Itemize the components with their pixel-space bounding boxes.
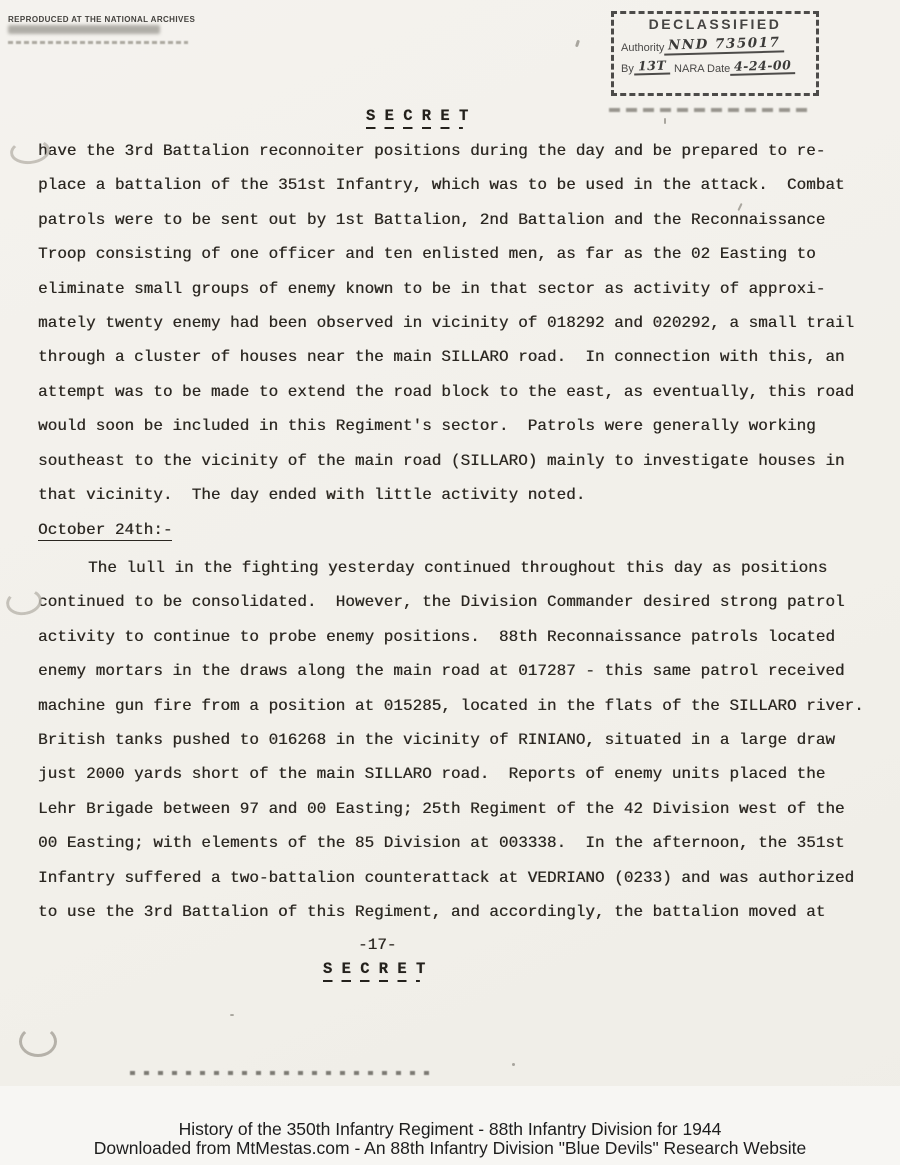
- scan-speck: [664, 118, 666, 124]
- authority-label: Authority: [621, 42, 664, 54]
- stamp-authority-row: Authority NND 735017: [621, 36, 809, 54]
- text-line: machine gun fire from a position at 0152…: [38, 689, 873, 723]
- text-line: Infantry suffered a two-battalion counte…: [38, 861, 873, 895]
- scan-speck: [512, 1063, 515, 1066]
- text-line: just 2000 yards short of the main SILLAR…: [38, 757, 873, 791]
- paragraph-1: have the 3rd Battalion reconnoiter posit…: [38, 134, 873, 512]
- scan-speck: [230, 1014, 234, 1016]
- text-line: that vicinity. The day ended with little…: [38, 478, 873, 512]
- text-line: mately twenty enemy had been observed in…: [38, 306, 873, 340]
- archives-note-text: REPRODUCED AT THE NATIONAL ARCHIVES: [8, 15, 195, 24]
- scanned-document-page: REPRODUCED AT THE NATIONAL ARCHIVES DECL…: [0, 0, 900, 1165]
- section-heading-october-24: October 24th:-: [38, 521, 172, 541]
- classification-banner-top: S E C R E T: [366, 107, 468, 129]
- text-line: activity to continue to probe enemy posi…: [38, 620, 873, 654]
- stamp-by-row: By 13T NARA Date 4-24-00: [621, 58, 809, 75]
- by-label: By: [621, 63, 634, 75]
- classification-banner-bottom: S E C R E T: [323, 960, 425, 982]
- text-line: British tanks pushed to 016268 in the vi…: [38, 723, 873, 757]
- stamp-smudge: [609, 108, 811, 112]
- text-line: attempt was to be made to extend the roa…: [38, 375, 873, 409]
- nara-date-label: NARA Date: [674, 63, 730, 75]
- footer-caption: History of the 350th Infantry Regiment -…: [0, 1120, 900, 1158]
- text-line: would soon be included in this Regiment'…: [38, 409, 873, 443]
- text-line: have the 3rd Battalion reconnoiter posit…: [38, 134, 873, 168]
- archives-smudge-line: [8, 41, 188, 44]
- archives-smudge: [8, 25, 160, 34]
- text-line: Troop consisting of one officer and ten …: [38, 237, 873, 271]
- text-line: Lehr Brigade between 97 and 00 Easting; …: [38, 792, 873, 826]
- stamp-title: DECLASSIFIED: [621, 16, 809, 32]
- scan-smudge-line: [130, 1071, 430, 1075]
- authority-handwritten-value: NND 735017: [664, 34, 785, 55]
- text-line: continued to be consolidated. However, t…: [38, 585, 873, 619]
- date-handwritten-value: 4-24-00: [730, 57, 796, 76]
- punch-hole-mark-bottom: [19, 1026, 57, 1057]
- text-line: patrols were to be sent out by 1st Batta…: [38, 203, 873, 237]
- footer-title: History of the 350th Infantry Regiment -…: [0, 1120, 900, 1139]
- declassified-stamp: DECLASSIFIED Authority NND 735017 By 13T…: [611, 11, 819, 96]
- paragraph-2: The lull in the fighting yesterday conti…: [38, 551, 873, 929]
- text-line: eliminate small groups of enemy known to…: [38, 272, 873, 306]
- by-handwritten-initials: 13T: [634, 58, 671, 76]
- text-line: to use the 3rd Battalion of this Regimen…: [38, 895, 873, 929]
- page-number: -17-: [358, 936, 396, 954]
- text-line: 00 Easting; with elements of the 85 Divi…: [38, 826, 873, 860]
- text-line: enemy mortars in the draws along the mai…: [38, 654, 873, 688]
- scan-speck: [575, 40, 580, 48]
- text-line: place a battalion of the 351st Infantry,…: [38, 168, 873, 202]
- archives-imprint: REPRODUCED AT THE NATIONAL ARCHIVES: [8, 15, 195, 44]
- text-line: The lull in the fighting yesterday conti…: [38, 551, 873, 585]
- footer-source: Downloaded from MtMestas.com - An 88th I…: [0, 1139, 900, 1158]
- text-line: through a cluster of houses near the mai…: [38, 340, 873, 374]
- text-line: southeast to the vicinity of the main ro…: [38, 444, 873, 478]
